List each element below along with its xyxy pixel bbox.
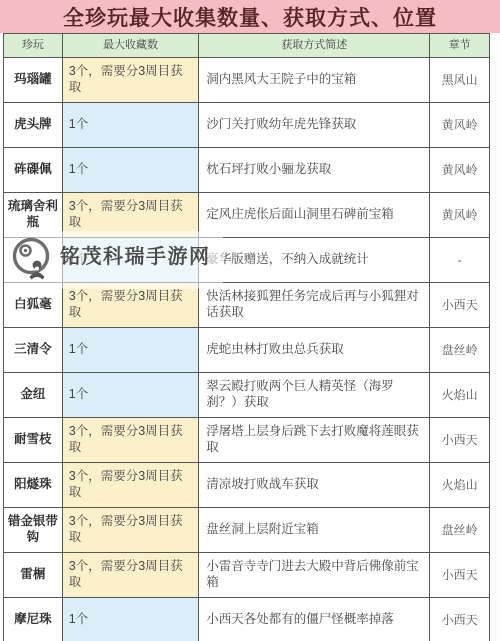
treasure-count: 1个 <box>63 328 199 373</box>
treasure-name <box>4 238 63 283</box>
treasure-count: 3个，需要分3周目获取 <box>63 283 199 328</box>
treasure-chapter: 火焰山 <box>430 463 489 508</box>
treasure-method: 豪华版赠送，不纳入成就统计 <box>199 238 430 283</box>
treasure-chapter: 盘丝岭 <box>430 328 489 373</box>
table-row: 白狐毫 3个，需要分3周目获取 快活林接狐狸任务完成后再与小狐狸对话获取 小西天 <box>4 283 489 328</box>
treasure-name: 金纽 <box>4 373 63 418</box>
header-method: 获取方式简述 <box>199 34 430 58</box>
treasure-method: 沙门关打败幼年虎先锋获取 <box>199 103 430 148</box>
treasure-chapter: - <box>430 238 489 283</box>
table-row: 错金银带钩 3个，需要分3周目获取 盘丝洞上层附近宝箱 盘丝岭 <box>4 508 489 553</box>
table-row: 阳燧珠 3个，需要分3周目获取 清凉坡打败战车获取 火焰山 <box>4 463 489 508</box>
page-title: 全珍玩最大收集数量、获取方式、位置 <box>0 0 500 33</box>
treasure-chapter: 黑风山 <box>430 58 489 103</box>
treasure-method: 小西天各处都有的僵尸怪概率掉落 <box>199 598 430 641</box>
treasure-name: 玛瑙罐 <box>4 58 63 103</box>
header-chapter: 章节 <box>430 34 489 58</box>
table-row: 玛瑙罐 3个，需要分3周目获取 洞内黑风大王院子中的宝箱 黑风山 <box>4 58 489 103</box>
treasure-method: 盘丝洞上层附近宝箱 <box>199 508 430 553</box>
treasure-count: 3个，需要分3周目获取 <box>63 463 199 508</box>
treasure-count: 1个 <box>63 148 199 193</box>
table-row: 虎头牌 1个 沙门关打败幼年虎先锋获取 黄风岭 <box>4 103 489 148</box>
treasure-chapter: 黄风岭 <box>430 103 489 148</box>
treasure-count: 1个 <box>63 598 199 641</box>
treasure-count: 1个 <box>63 238 199 283</box>
treasures-table: 珍玩 最大收藏数 获取方式简述 章节 玛瑙罐 3个，需要分3周目获取 洞内黑风大… <box>3 33 490 641</box>
table-row: 雷榍 3个，需要分3周目获取 小雷音寺寺门进去大殿中背后佛像前宝箱 小西天 <box>4 553 489 598</box>
treasure-chapter: 小西天 <box>430 283 489 328</box>
treasure-name: 琉璃舍利瓶 <box>4 193 63 238</box>
treasure-method: 洞内黑风大王院子中的宝箱 <box>199 58 430 103</box>
treasure-method: 枕石坪打败小骊龙获取 <box>199 148 430 193</box>
table-row: 琉璃舍利瓶 3个，需要分3周目获取 定风庄虎伥后面山洞里石碑前宝箱 黄风岭 <box>4 193 489 238</box>
treasure-name: 错金银带钩 <box>4 508 63 553</box>
treasure-chapter: 盘丝岭 <box>430 508 489 553</box>
treasure-method: 快活林接狐狸任务完成后再与小狐狸对话获取 <box>199 283 430 328</box>
table-row: 1个 豪华版赠送，不纳入成就统计 - <box>4 238 489 283</box>
table-header-row: 珍玩 最大收藏数 获取方式简述 章节 <box>4 34 489 58</box>
treasure-name: 虎头牌 <box>4 103 63 148</box>
treasure-name: 雷榍 <box>4 553 63 598</box>
table-row: 砗磲佩 1个 枕石坪打败小骊龙获取 黄风岭 <box>4 148 489 193</box>
treasure-chapter: 火焰山 <box>430 373 489 418</box>
treasure-name: 白狐毫 <box>4 283 63 328</box>
treasure-method: 小雷音寺寺门进去大殿中背后佛像前宝箱 <box>199 553 430 598</box>
treasure-name: 砗磲佩 <box>4 148 63 193</box>
table-row: 耐雪枝 3个，需要分3周目获取 浮屠塔上层身后跳下去打败魔将莲眼获取 小西天 <box>4 418 489 463</box>
table-row: 三清令 1个 虎蛇虫林打败虫总兵获取 盘丝岭 <box>4 328 489 373</box>
treasure-name: 三清令 <box>4 328 63 373</box>
treasure-chapter: 黄风岭 <box>430 148 489 193</box>
treasure-chapter: 黄风岭 <box>430 193 489 238</box>
treasure-chapter: 小西天 <box>430 553 489 598</box>
treasure-name: 耐雪枝 <box>4 418 63 463</box>
treasure-method: 清凉坡打败战车获取 <box>199 463 430 508</box>
treasure-count: 3个，需要分3周目获取 <box>63 58 199 103</box>
header-treasure: 珍玩 <box>4 34 63 58</box>
treasure-method: 虎蛇虫林打败虫总兵获取 <box>199 328 430 373</box>
page: 全珍玩最大收集数量、获取方式、位置 珍玩 最大收藏数 获取方式简述 章节 玛瑙罐… <box>0 0 500 641</box>
treasure-count: 3个，需要分3周目获取 <box>63 508 199 553</box>
treasure-chapter: 小西天 <box>430 418 489 463</box>
treasure-count: 3个，需要分3周目获取 <box>63 553 199 598</box>
treasure-method: 浮屠塔上层身后跳下去打败魔将莲眼获取 <box>199 418 430 463</box>
table-row: 金纽 1个 翠云殿打败两个巨人精英怪（海罗刹？）获取 火焰山 <box>4 373 489 418</box>
treasure-method: 定风庄虎伥后面山洞里石碑前宝箱 <box>199 193 430 238</box>
table-body: 玛瑙罐 3个，需要分3周目获取 洞内黑风大王院子中的宝箱 黑风山 虎头牌 1个 … <box>4 58 489 641</box>
treasure-method: 翠云殿打败两个巨人精英怪（海罗刹？）获取 <box>199 373 430 418</box>
treasure-chapter: 小西天 <box>430 598 489 641</box>
treasure-name: 摩尼珠 <box>4 598 63 641</box>
treasure-count: 1个 <box>63 103 199 148</box>
treasure-name: 阳燧珠 <box>4 463 63 508</box>
treasure-count: 1个 <box>63 373 199 418</box>
table-row: 摩尼珠 1个 小西天各处都有的僵尸怪概率掉落 小西天 <box>4 598 489 641</box>
treasure-count: 3个，需要分3周目获取 <box>63 418 199 463</box>
header-max-count: 最大收藏数 <box>63 34 199 58</box>
treasure-count: 3个，需要分3周目获取 <box>63 193 199 238</box>
